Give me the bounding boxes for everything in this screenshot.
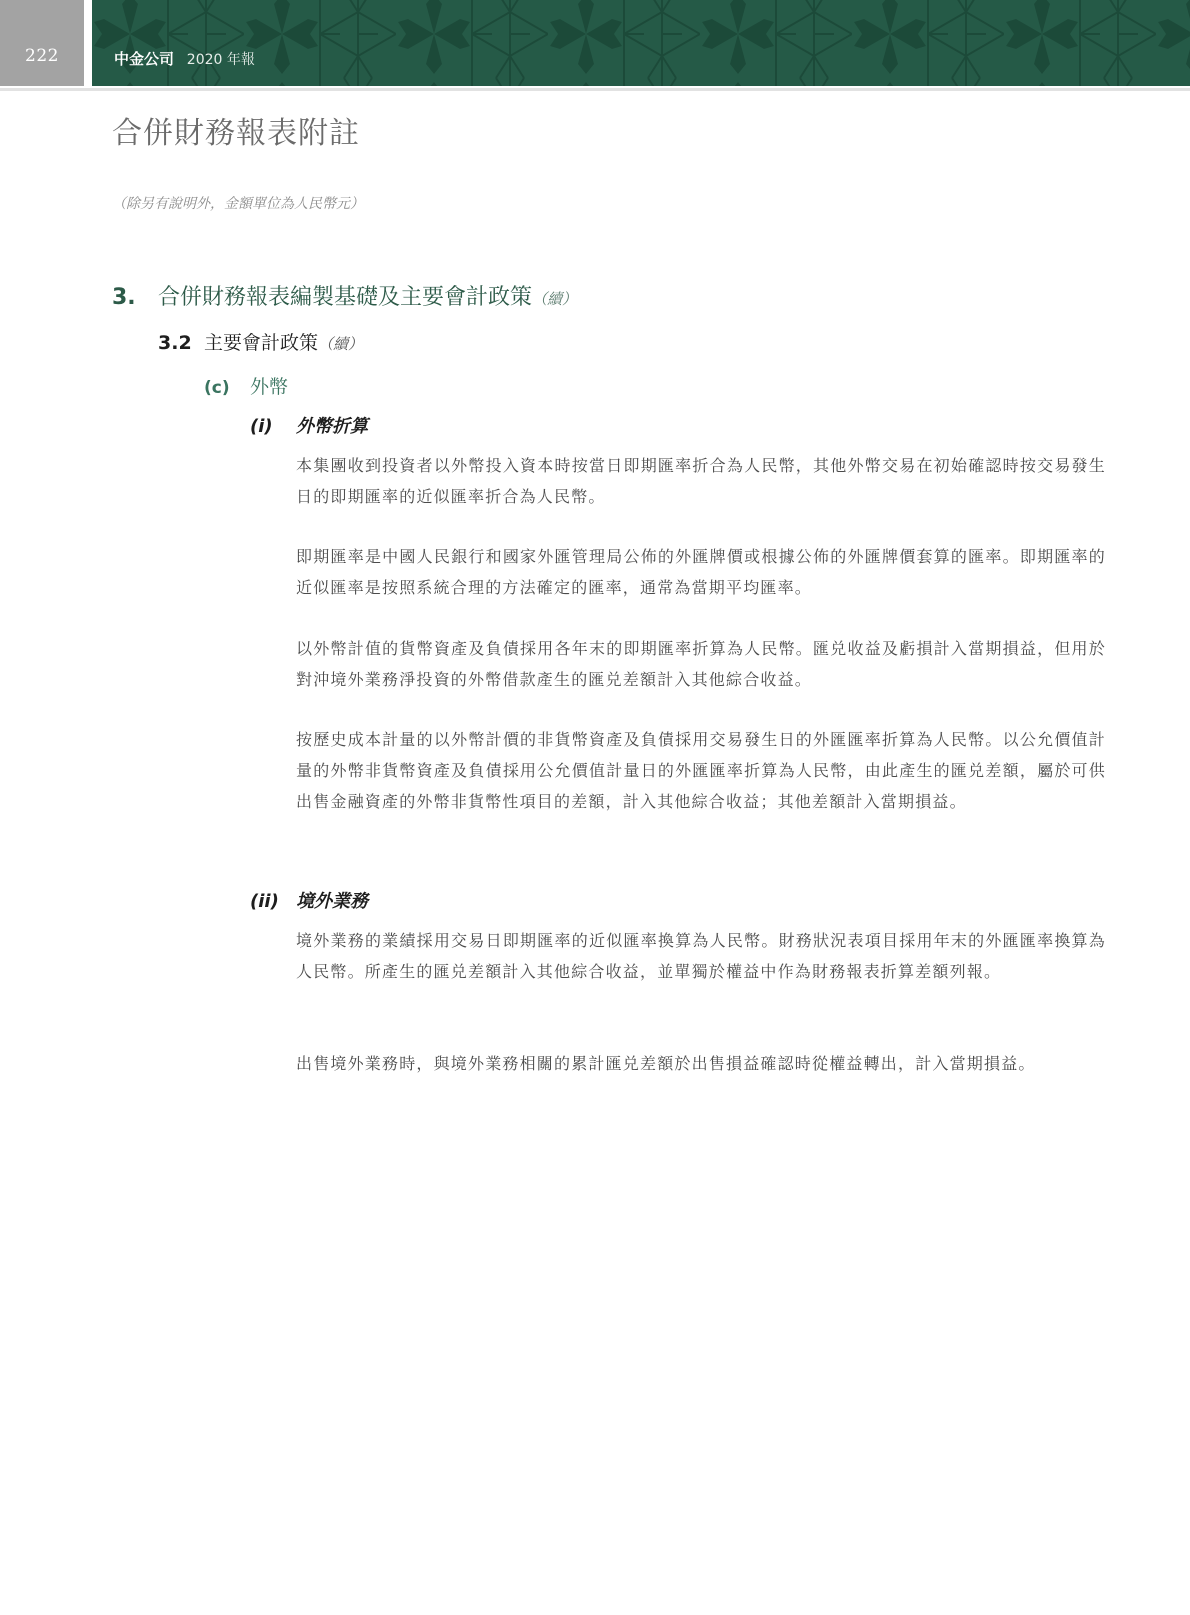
subsection-heading: 3.2主要會計政策（續）: [158, 328, 363, 355]
paragraph: 按歷史成本計量的以外幣計價的非貨幣資產及負債採用交易發生日的外匯匯率折算為人民幣…: [296, 724, 1106, 817]
report-year: 2020 年報: [187, 52, 255, 68]
page-number-box: 222: [0, 0, 84, 86]
part-title: 境外業務: [296, 891, 368, 912]
section-heading: 3.合併財務報表編製基礎及主要會計政策（續）: [112, 280, 577, 311]
part-number: (ii): [250, 891, 296, 912]
paragraph: 以外幣計值的貨幣資產及負債採用各年末的即期匯率折算為人民幣。匯兑收益及虧損計入當…: [296, 633, 1106, 695]
item-number: (c): [204, 378, 250, 398]
subsection-title: 主要會計政策: [204, 332, 318, 354]
paragraph: 即期匯率是中國人民銀行和國家外匯管理局公佈的外匯牌價或根據公佈的外匯牌價套算的匯…: [296, 541, 1106, 603]
item-title: 外幣: [250, 376, 288, 398]
continued-label: （續）: [532, 290, 577, 308]
item-heading: (c)外幣: [204, 372, 288, 399]
section-title: 合併財務報表編製基礎及主要會計政策: [158, 285, 532, 310]
header-banner: 中金公司 2020 年報: [92, 0, 1190, 86]
page-title: 合併財務報表附註: [112, 108, 360, 152]
page-header: 222: [0, 0, 1190, 86]
paragraph: 境外業務的業績採用交易日即期匯率的近似匯率換算為人民幣。財務狀況表項目採用年末的…: [296, 925, 1106, 987]
header-divider: [0, 88, 1190, 91]
report-label: 中金公司 2020 年報: [114, 48, 255, 69]
unit-note: （除另有說明外，金額單位為人民幣元）: [112, 193, 364, 213]
subsection-number: 3.2: [158, 332, 204, 354]
continued-label: （續）: [318, 335, 363, 353]
page-number: 222: [0, 46, 84, 66]
part-heading-ii: (ii)境外業務: [250, 887, 368, 913]
part-number: (i): [250, 416, 296, 437]
paragraph: 出售境外業務時，與境外業務相關的累計匯兑差額於出售損益確認時從權益轉出，計入當期…: [296, 1048, 1106, 1079]
company-name: 中金公司: [114, 50, 174, 68]
asanoha-pattern-icon: [92, 0, 1190, 86]
part-title: 外幣折算: [296, 416, 368, 437]
section-number: 3.: [112, 285, 158, 310]
part-heading-i: (i)外幣折算: [250, 412, 368, 438]
paragraph: 本集團收到投資者以外幣投入資本時按當日即期匯率折合為人民幣，其他外幣交易在初始確…: [296, 450, 1106, 512]
